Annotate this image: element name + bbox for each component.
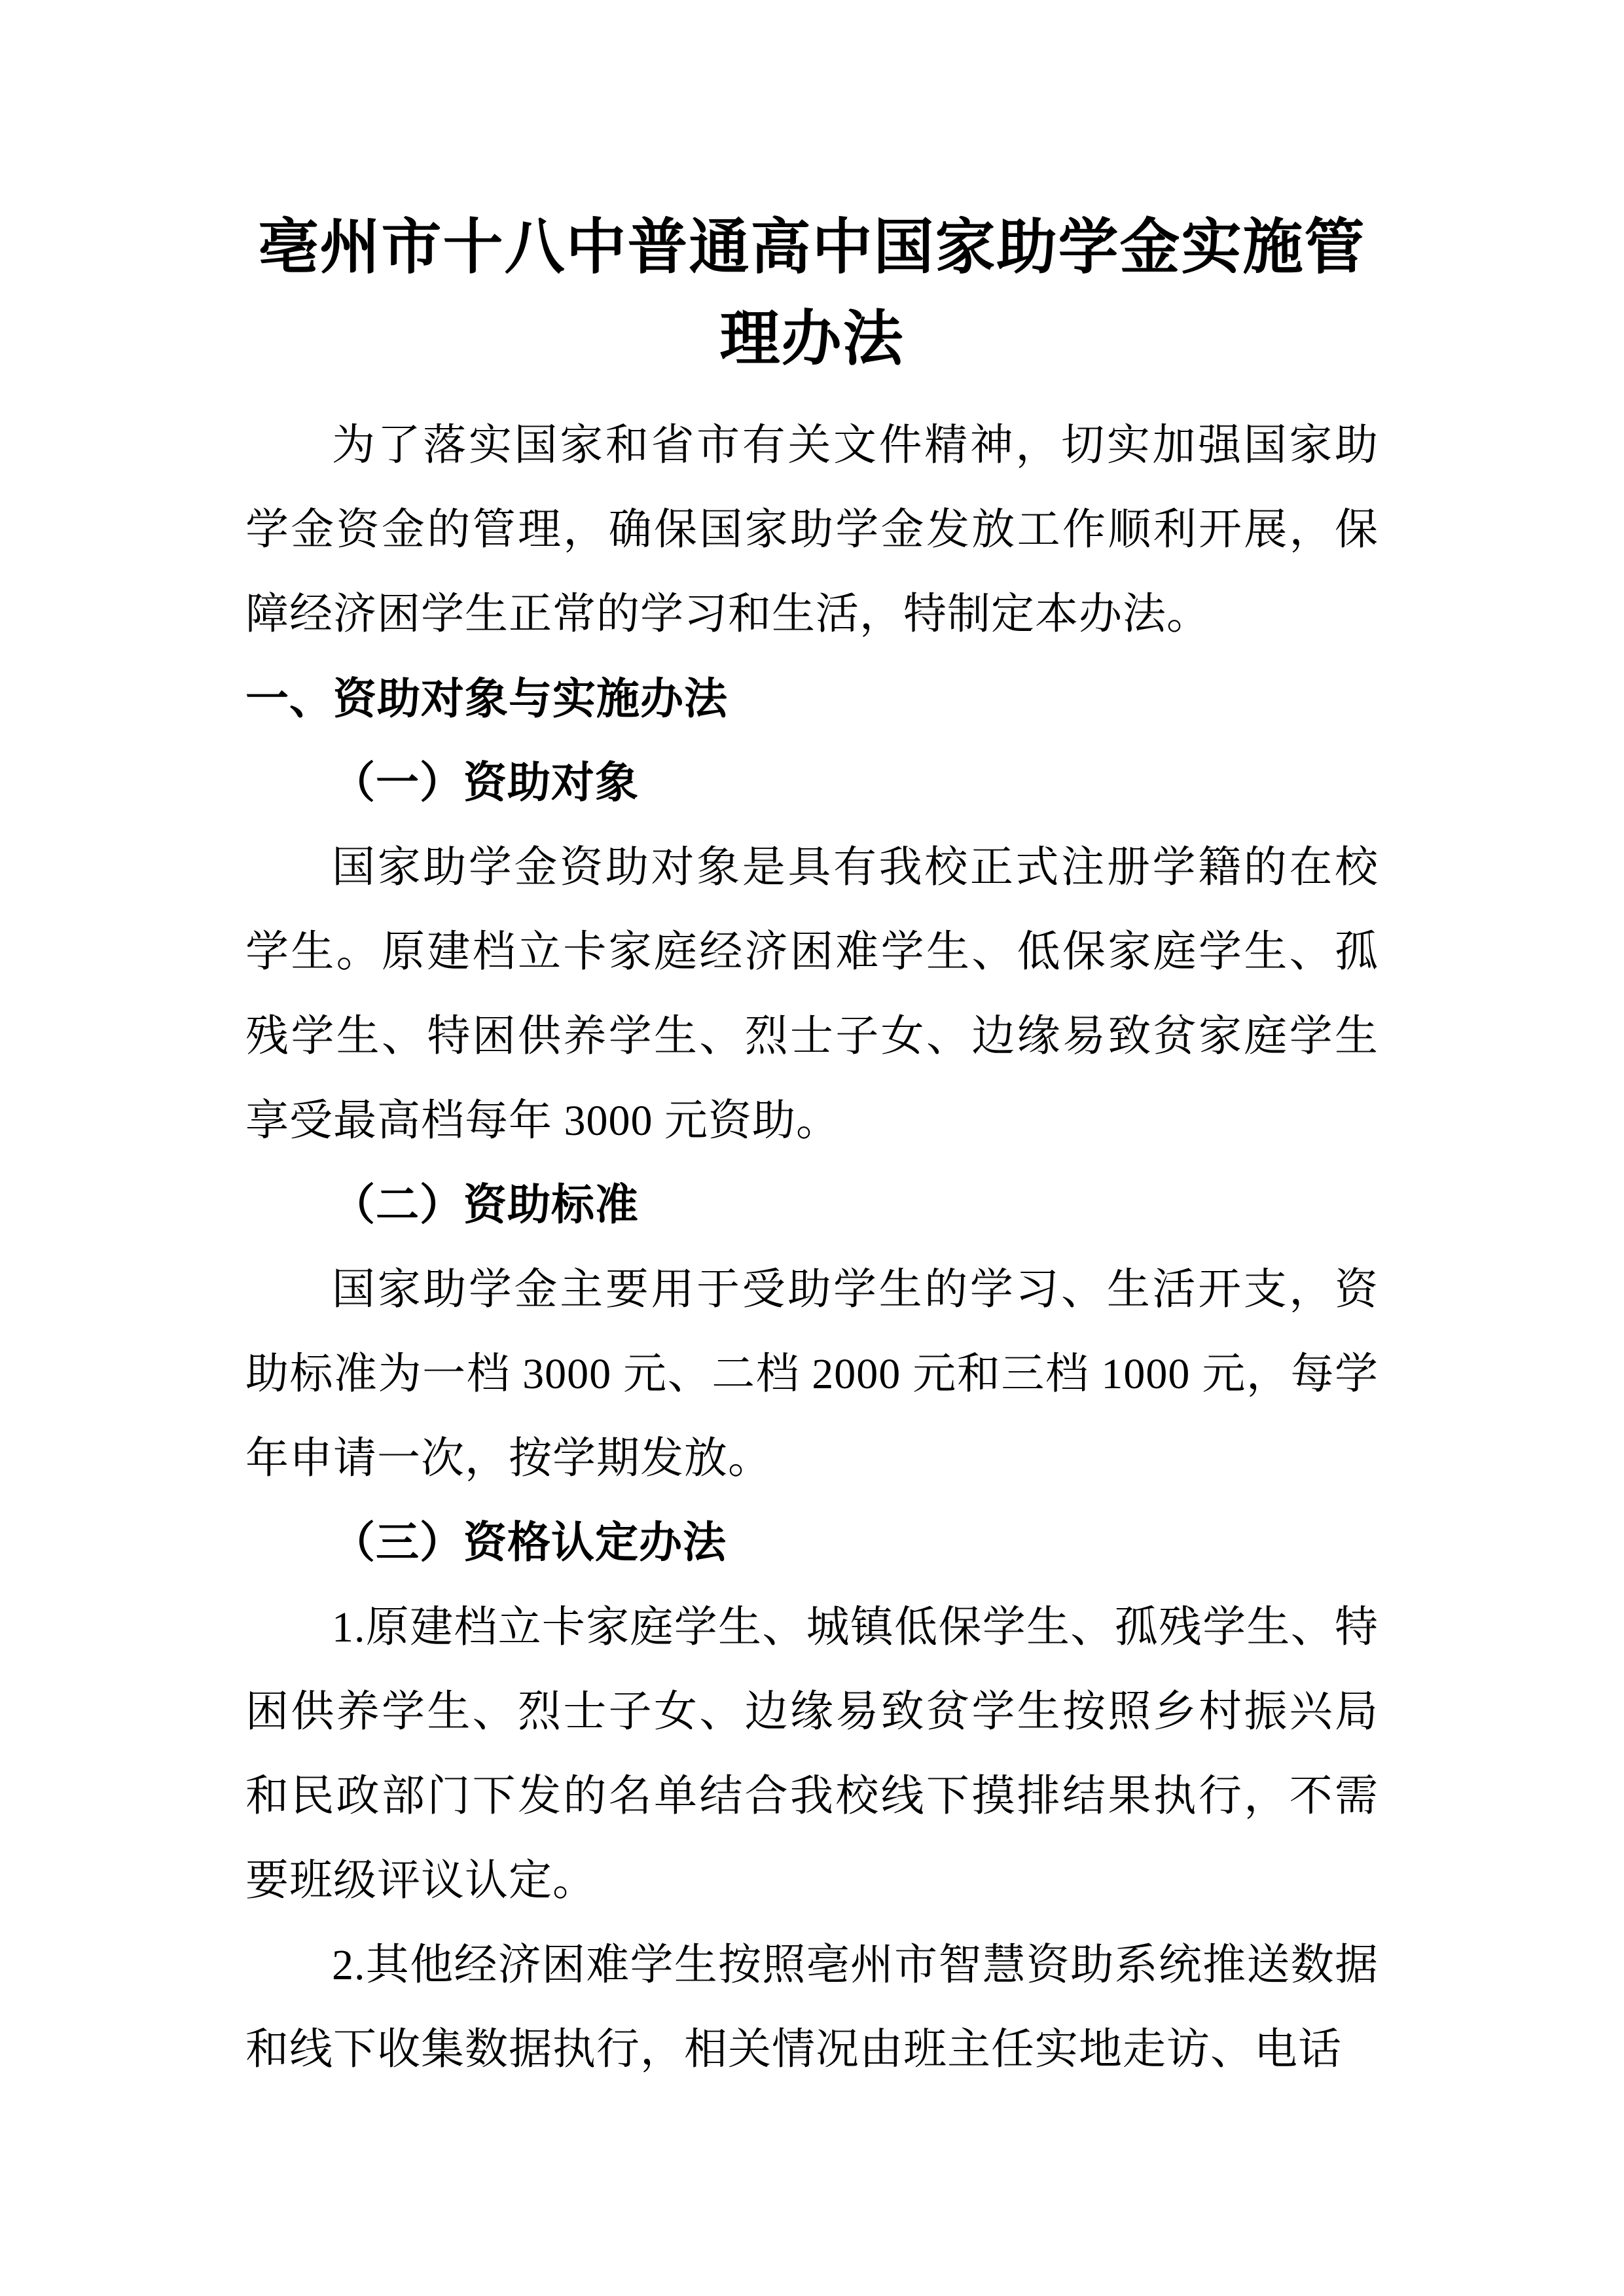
- subsection-1-heading: （一）资助对象: [245, 741, 1379, 825]
- document-title-line-2: 理办法: [245, 293, 1379, 385]
- section-1-heading: 一、资助对象与实施办法: [245, 656, 1379, 741]
- intro-paragraph: 为了落实国家和省市有关文件精神，切实加强国家助学金资金的管理，确保国家助学金发放…: [245, 403, 1379, 656]
- document-title-line-1: 亳州市十八中普通高中国家助学金实施管: [245, 202, 1379, 293]
- document-title: 亳州市十八中普通高中国家助学金实施管 理办法: [245, 202, 1379, 385]
- document-content-area: 亳州市十八中普通高中国家助学金实施管 理办法 为了落实国家和省市有关文件精神，切…: [245, 202, 1379, 2092]
- subsection-2-heading: （二）资助标准: [245, 1163, 1379, 1247]
- subsection-1-body: 国家助学金资助对象是具有我校正式注册学籍的在校学生。原建档立卡家庭经济困难学生、…: [245, 825, 1379, 1163]
- subsection-3-item-2: 2.其他经济困难学生按照亳州市智慧资助系统推送数据和线下收集数据执行，相关情况由…: [245, 1923, 1379, 2092]
- subsection-3-heading: （三）资格认定办法: [245, 1501, 1379, 1585]
- subsection-2-body: 国家助学金主要用于受助学生的学习、生活开支，资助标准为一档 3000 元、二档 …: [245, 1247, 1379, 1501]
- document-page-background: { "document": { "title": { "text": "亳州市十…: [0, 0, 1624, 2296]
- subsection-3-item-1: 1.原建档立卡家庭学生、城镇低保学生、孤残学生、特困供养学生、烈士子女、边缘易致…: [245, 1585, 1379, 1923]
